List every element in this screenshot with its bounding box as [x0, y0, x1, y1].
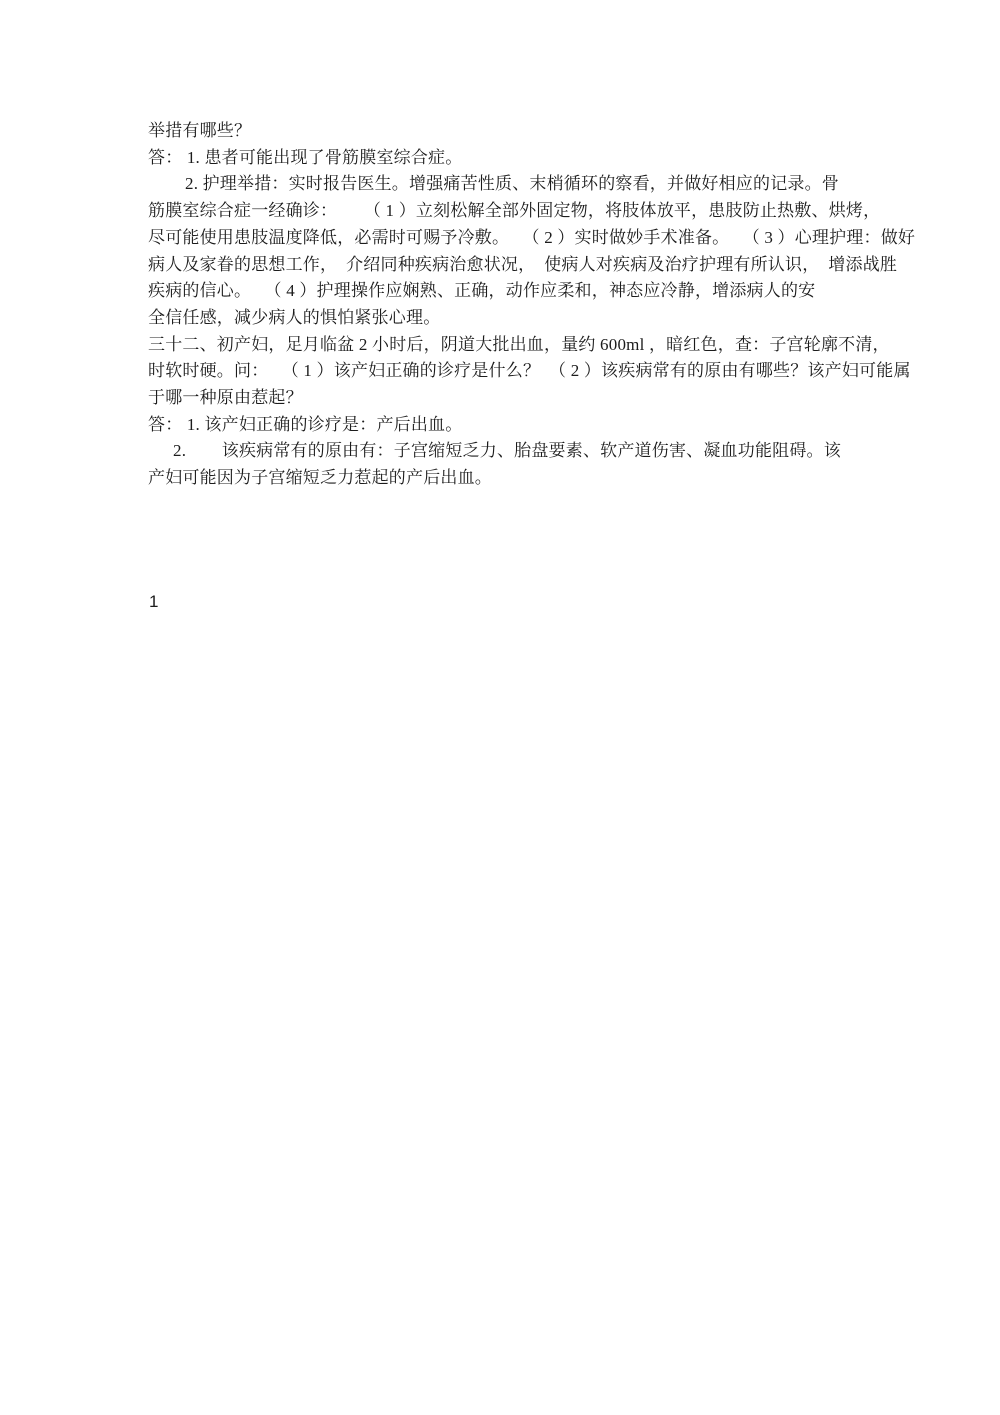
doc-line: 产妇可能因为子宫缩短乏力惹起的产后出血。 — [148, 465, 862, 492]
doc-line: 于哪一种原由惹起？ — [148, 385, 862, 412]
doc-line: 答： 1. 该产妇正确的诊疗是：产后出血。 — [148, 412, 862, 439]
doc-line: 答： 1. 患者可能出现了骨筋膜室综合症。 — [148, 145, 862, 172]
doc-line: 三十二、初产妇，足月临盆 2 小时后，阴道大批出血，量约 600ml ，暗红色，… — [148, 332, 862, 359]
doc-line: 2. 该疾病常有的原由有：子宫缩短乏力、胎盘要素、软产道伤害、凝血功能阻碍。该 — [148, 438, 862, 465]
doc-line: 2. 护理举措：实时报告医生。增强痛苦性质、末梢循环的察看，并做好相应的记录。骨 — [148, 171, 862, 198]
doc-line: 举措有哪些？ — [148, 118, 862, 145]
doc-line: 全信任感，减少病人的惧怕紧张心理。 — [148, 305, 862, 332]
doc-line: 尽可能使用患肢温度降低，必需时可赐予冷敷。 （ 2 ）实时做妙手术准备。 （ 3… — [148, 225, 862, 252]
page-number: 1 — [149, 592, 158, 612]
doc-line: 疾病的信心。 （ 4 ）护理操作应娴熟、正确，动作应柔和，神态应冷静，增添病人的… — [148, 278, 862, 305]
doc-line: 时软时硬。问： （ 1 ）该产妇正确的诊疗是什么？ （ 2 ）该疾病常有的原由有… — [148, 358, 862, 385]
doc-line: 病人及家眷的思想工作， 介绍同种疾病治愈状况， 使病人对疾病及治疗护理有所认识，… — [148, 252, 862, 279]
document-body: 举措有哪些？ 答： 1. 患者可能出现了骨筋膜室综合症。 2. 护理举措：实时报… — [148, 118, 862, 492]
doc-line: 筋膜室综合症一经确诊： （ 1 ）立刻松解全部外固定物，将肢体放平，患肢防止热敷… — [148, 198, 862, 225]
